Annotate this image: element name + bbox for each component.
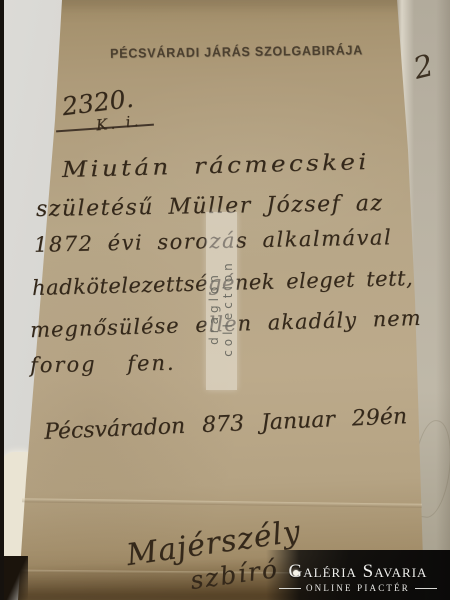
badge-dash-right bbox=[415, 588, 437, 589]
background-paper-shadow bbox=[436, 0, 450, 600]
seller-watermark-text: draglon collection bbox=[207, 219, 235, 397]
photo-of-document: 2 PÉCSVÁRADI JÁRÁS SZOLGABIRÁJA 2320. K.… bbox=[0, 0, 450, 600]
handwritten-line: forog fen. bbox=[30, 351, 176, 378]
badge-title: Galéria Savaria bbox=[289, 562, 428, 581]
badge-subtitle: ONLINE PIACTÉR bbox=[306, 584, 410, 593]
photo-left-edge bbox=[0, 0, 4, 600]
badge-dash-left bbox=[279, 588, 301, 589]
seller-watermark: draglon collection bbox=[206, 212, 237, 390]
badge-subtitle-row: ONLINE PIACTÉR bbox=[279, 584, 437, 593]
paper-speck bbox=[293, 570, 299, 576]
photo-corner-shadow bbox=[0, 556, 28, 600]
